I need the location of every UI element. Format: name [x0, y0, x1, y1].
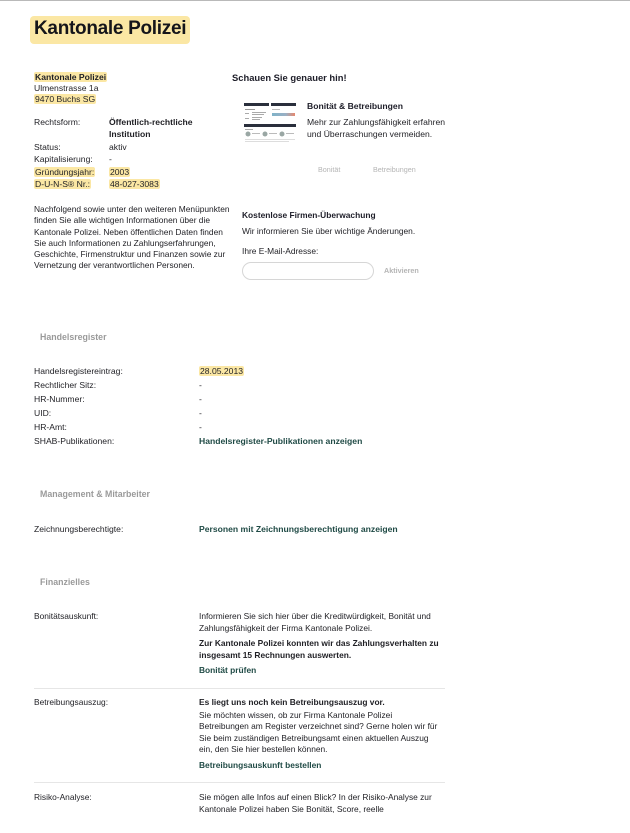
fact-value: - [109, 153, 204, 165]
fact-status: Status: aktiv [34, 141, 204, 153]
address-block: Kantonale Polizei Ulmenstrasse 1a 9470 B… [34, 72, 107, 105]
order-betreibung-link[interactable]: Betreibungsauskunft bestellen [199, 760, 321, 770]
management-table: Zeichnungsberechtigte: Personen mit Zeic… [34, 522, 444, 536]
betreibung-row: Betreibungsauszug: Es liegt uns noch kei… [34, 697, 444, 775]
email-input[interactable] [242, 262, 374, 280]
table-row: Zeichnungsberechtigte: Personen mit Zeic… [34, 522, 444, 536]
divider [34, 688, 445, 689]
company-name: Kantonale Polizei [34, 72, 107, 82]
street: Ulmenstrasse 1a [34, 83, 107, 94]
email-label: Ihre E-Mail-Adresse: [242, 246, 318, 257]
row-value: 28.05.2013 [199, 366, 244, 376]
table-row: UID: - [34, 406, 444, 420]
row-label: Bonitätsauskunft: [34, 611, 199, 681]
bonitaet-row: Bonitätsauskunft: Informieren Sie sich h… [34, 611, 444, 681]
top-border [0, 0, 630, 1]
report-preview-thumbnail-icon[interactable] [244, 101, 296, 145]
row-label: Risiko-Analyse: [34, 792, 199, 819]
fact-label: D-U-N-S® Nr.: [34, 179, 91, 189]
table-row: HR-Amt: - [34, 420, 444, 434]
row-value: - [199, 406, 444, 420]
activate-button[interactable]: Aktivieren [384, 266, 419, 275]
row-label: HR-Nummer: [34, 392, 199, 406]
fact-label: Rechtsform: [34, 116, 109, 140]
check-bonitaet-link[interactable]: Bonität prüfen [199, 665, 256, 675]
fact-value: Öffentlich-rechtliche Institution [109, 116, 204, 140]
row-label: HR-Amt: [34, 420, 199, 434]
betreibung-status: Es liegt uns noch kein Betreibungsauszug… [199, 697, 444, 709]
company-facts: Rechtsform: Öffentlich-rechtliche Instit… [34, 116, 204, 191]
risiko-row: Risiko-Analyse: Sie mögen alle Infos auf… [34, 792, 444, 819]
fact-value: aktiv [109, 141, 204, 153]
row-label: UID: [34, 406, 199, 420]
intro-text: Nachfolgend sowie unter den weiteren Men… [34, 204, 230, 272]
page-title: Kantonale Polizei [30, 16, 190, 44]
bonitaet-link[interactable]: Bonität [318, 165, 340, 174]
row-label: Handelsregistereintrag: [34, 364, 199, 378]
fact-label: Gründungsjahr: [34, 167, 95, 177]
fact-label: Status: [34, 141, 109, 153]
risiko-text: Sie mögen alle Infos auf einen Blick? In… [199, 792, 444, 815]
fact-value: 2003 [109, 167, 130, 177]
table-row: Handelsregistereintrag: 28.05.2013 [34, 364, 444, 378]
row-label: SHAB-Publikationen: [34, 434, 199, 448]
divider [34, 782, 445, 783]
promo-subtitle: Bonität & Betreibungen [307, 101, 403, 112]
signatories-link[interactable]: Personen mit Zeichnungsberechtigung anze… [199, 524, 398, 534]
row-label: Zeichnungsberechtigte: [34, 522, 199, 536]
watch-description: Wir informieren Sie über wichtige Änderu… [242, 226, 415, 237]
row-value: - [199, 392, 444, 406]
row-label: Rechtlicher Sitz: [34, 378, 199, 392]
section-finanzielles-heading: Finanzielles [40, 577, 90, 588]
fact-label: Kapitalisierung: [34, 153, 109, 165]
section-handelsregister-heading: Handelsregister [40, 332, 107, 343]
bonitaet-text: Informieren Sie sich hier über die Kredi… [199, 611, 444, 634]
table-row: Rechtlicher Sitz: - [34, 378, 444, 392]
fact-duns: D-U-N-S® Nr.: 48-027-3083 [34, 178, 204, 190]
fact-kapitalisierung: Kapitalisierung: - [34, 153, 204, 165]
table-row: HR-Nummer: - [34, 392, 444, 406]
betreibung-text: Sie möchten wissen, ob zur Firma Kantona… [199, 710, 444, 756]
betreibungen-link[interactable]: Betreibungen [373, 165, 416, 174]
fact-gruendungsjahr: Gründungsjahr: 2003 [34, 166, 204, 178]
city: 9470 Buchs SG [34, 94, 96, 104]
table-row: SHAB-Publikationen: Handelsregister-Publ… [34, 434, 444, 448]
promo-description: Mehr zur Zahlungsfähigkeit erfahren und … [307, 116, 457, 140]
bonitaet-summary: Zur Kantonale Polizei konnten wir das Za… [199, 638, 444, 661]
row-label: Betreibungsauszug: [34, 697, 199, 775]
watch-title: Kostenlose Firmen-Überwachung [242, 210, 376, 221]
row-value: - [199, 378, 444, 392]
fact-rechtsform: Rechtsform: Öffentlich-rechtliche Instit… [34, 116, 204, 140]
row-value: - [199, 420, 444, 434]
shab-publications-link[interactable]: Handelsregister-Publikationen anzeigen [199, 436, 362, 446]
handelsregister-table: Handelsregistereintrag: 28.05.2013 Recht… [34, 364, 444, 448]
promo-title: Schauen Sie genauer hin! [232, 72, 347, 84]
section-management-heading: Management & Mitarbeiter [40, 489, 150, 500]
fact-value: 48-027-3083 [109, 179, 160, 189]
